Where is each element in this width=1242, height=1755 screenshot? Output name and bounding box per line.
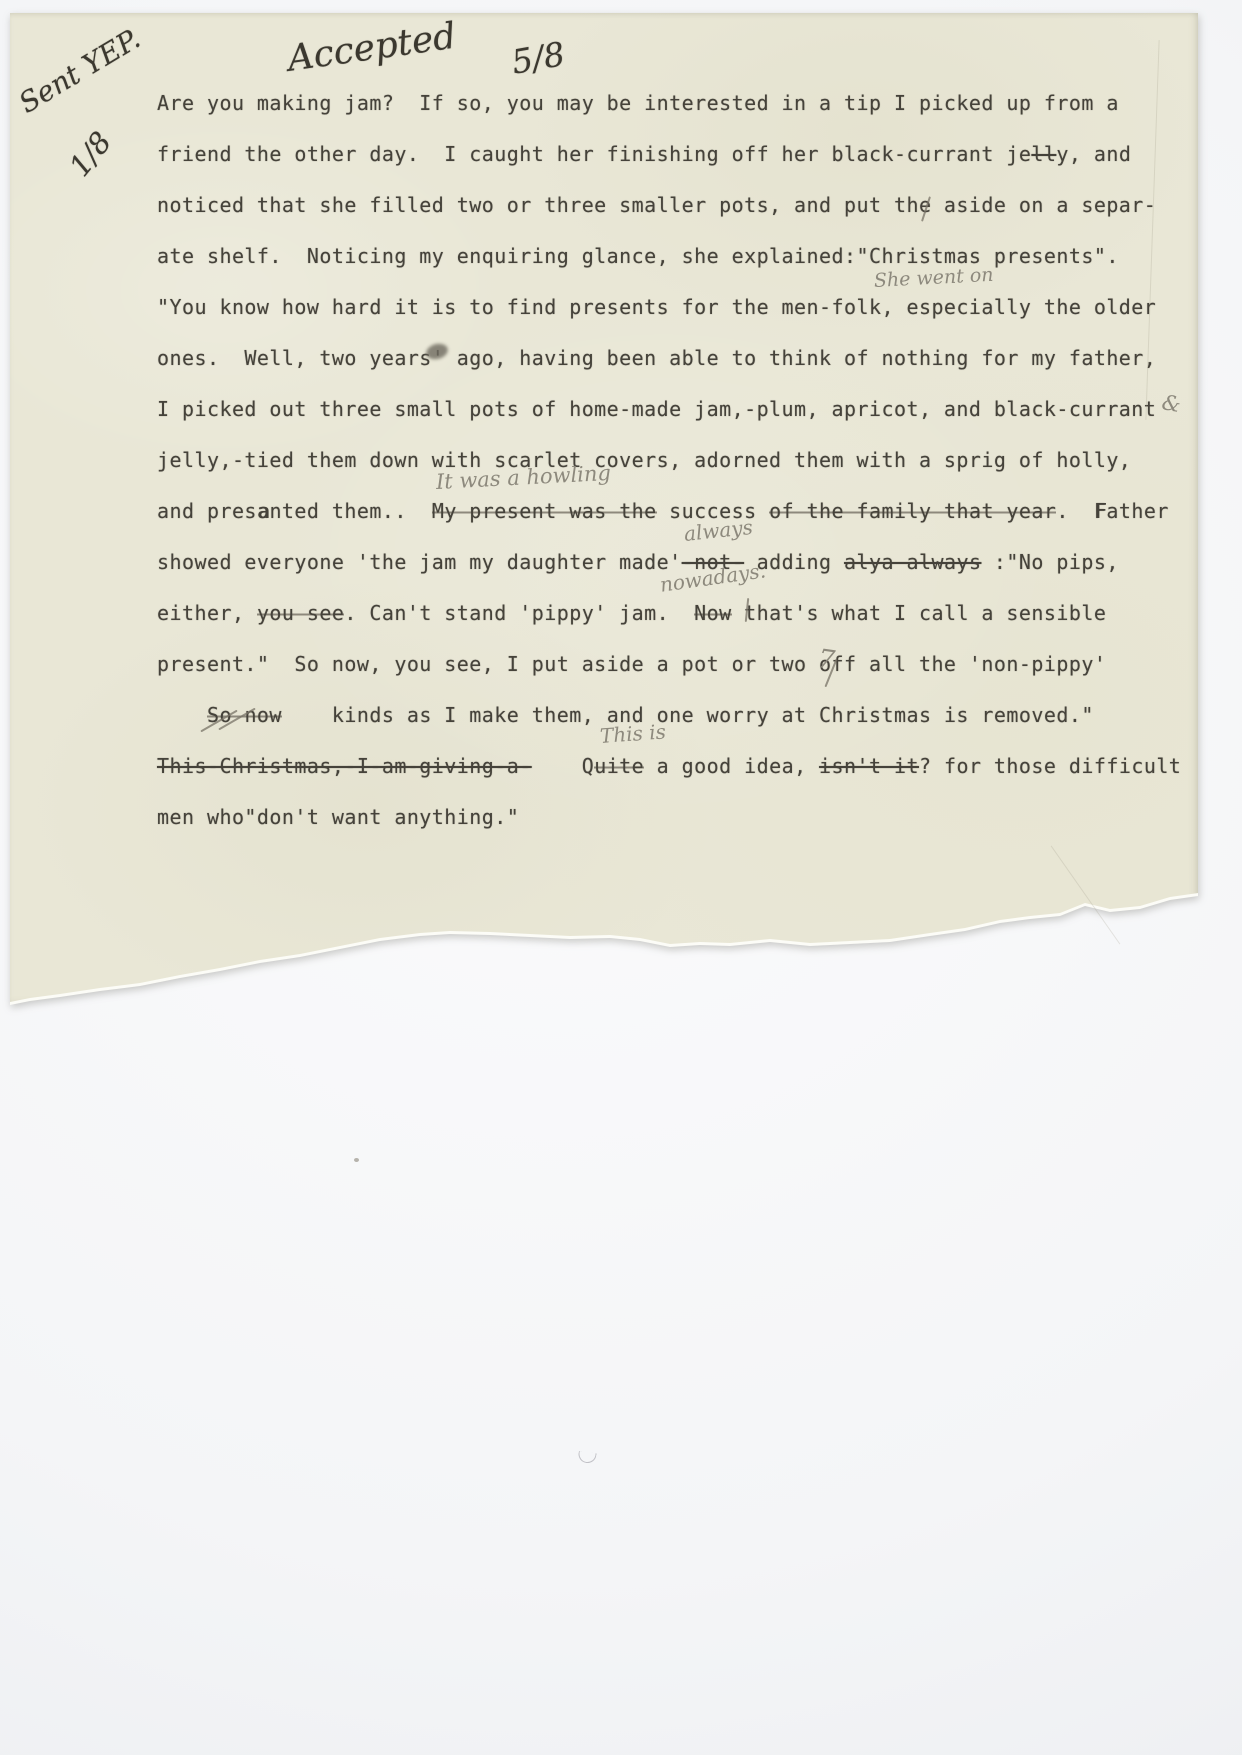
currant-mark-handwriting: & [1160, 392, 1182, 416]
typed-text: y, and [1056, 142, 1131, 166]
pencil-struck-text: My present was the [432, 499, 657, 523]
typed-line: I picked out three small pots of home-ma… [157, 397, 1156, 421]
typed-text: ather [1106, 499, 1168, 523]
typed-text: and pres [157, 499, 257, 523]
typed-text: men who"don't want anything." [157, 805, 519, 829]
typed-text: "You know how hard it is to find present… [157, 295, 1156, 319]
typed-line: ones. Well, two years' ago, having been … [157, 346, 1156, 370]
typed-line: Are you making jam? If so, you may be in… [157, 91, 1119, 115]
typed-text: ? for those difficult [919, 754, 1181, 778]
typed-text: showed everyone 'the jam my daughter mad… [157, 550, 682, 574]
typed-text: I picked out three small pots of home-ma… [157, 397, 1156, 421]
typed-line: either, you see. Can't stand 'pippy' jam… [157, 601, 1106, 625]
typed-text: . [1056, 499, 1093, 523]
typed-text [157, 703, 207, 727]
pencil-struck-text: Now [694, 601, 731, 625]
pencil-struck-text: of the family that year [769, 499, 1056, 523]
scanned-document-page: Are you making jam? If so, you may be in… [0, 0, 1242, 1755]
typed-text: :"No pips, [981, 550, 1118, 574]
pencil-struck-text: you see [257, 601, 344, 625]
typed-line: and presanted them.. My present was the … [157, 499, 1169, 523]
typescript-body: Are you making jam? If so, you may be in… [157, 91, 1197, 891]
typed-text: ones. Well, two years' ago, having been … [157, 346, 1156, 370]
typed-text: friend the other day. I caught her finis… [157, 142, 1031, 166]
typed-line: jelly,-tied them down with scarlet cover… [157, 448, 1131, 472]
struck-out-text: This-Christmas,-I-am-giving-a- [157, 754, 532, 778]
struck-out-text: alya always [844, 550, 981, 574]
typed-line: present." So now, you see, I put aside a… [157, 652, 1106, 676]
typed-line: showed everyone 'the jam my daughter mad… [157, 550, 1119, 574]
typed-text: either, [157, 601, 257, 625]
struck-out-text: ll [1031, 142, 1056, 166]
accepted-date-handwriting: 5/8 [509, 37, 567, 79]
curl-mark [577, 1451, 596, 1464]
typed-line: This-Christmas,-I-am-giving-a- Quite a g… [157, 754, 1181, 778]
typed-text: Are you making jam? If so, you may be in… [157, 91, 1119, 115]
typed-text: kinds as I make them, and one worry at C… [282, 703, 1094, 727]
typed-text: Q [532, 754, 594, 778]
typed-text: . Can't stand 'pippy' jam. [344, 601, 694, 625]
speck [354, 1158, 359, 1162]
overtyped-text: a [257, 499, 270, 523]
typed-text: noticed that she filled two or three sma… [157, 193, 1156, 217]
typed-line: "You know how hard it is to find present… [157, 295, 1156, 319]
typed-line: men who"don't want anything." [157, 805, 519, 829]
typed-line: friend the other day. I caught her finis… [157, 142, 1131, 166]
this-is-handwriting: This is [599, 721, 666, 746]
struck-out-text: isn't it [819, 754, 919, 778]
typed-text: a good idea, [644, 754, 819, 778]
overtyped-text: F [1094, 499, 1107, 523]
typed-line: noticed that she filled two or three sma… [157, 193, 1156, 217]
typed-text: jelly,-tied them down with scarlet cover… [157, 448, 1131, 472]
typed-text: that's what I call a sensible [732, 601, 1107, 625]
typed-text: nted them.. [269, 499, 431, 523]
typed-text: present." So now, you see, I put aside a… [157, 652, 1106, 676]
pencil-struck-text: uite [594, 754, 644, 778]
